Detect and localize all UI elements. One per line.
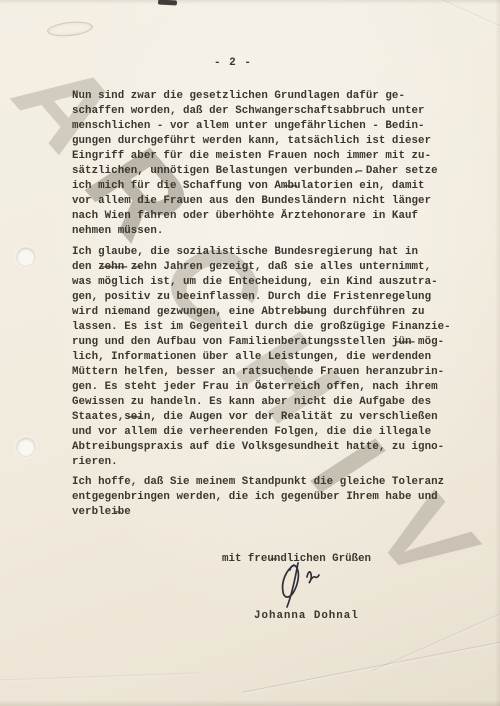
text-line: Müttern helfen, besser an ratsuchende Fr… xyxy=(72,365,451,380)
text-line: nehmen müssen. xyxy=(72,224,438,239)
text-line: rung und den Aufbau von Familienberatung… xyxy=(72,335,451,350)
text-line: menschlichen - vor allem unter ungefährl… xyxy=(72,119,438,134)
page-number: - 2 - xyxy=(72,57,394,69)
text-line: was möglich ist, um die Entecheidung, ei… xyxy=(72,275,451,290)
text-line: Abtreibungspraxis auf die Volksgesundhei… xyxy=(72,440,451,455)
paragraph-2: Ich glaube, die sozialistische Bundesreg… xyxy=(72,245,451,470)
text-line: Ich hoffe, daß Sie meinem Standpunkt die… xyxy=(72,475,444,490)
text-line: gen. Es steht jeder Frau in Ö̶sterreich … xyxy=(72,380,451,395)
text-line: Nun sind zwar die gesetzlichen Grundlage… xyxy=(72,89,438,104)
text-line: nach Wien fahren oder überhöhte Ärztehon… xyxy=(72,209,438,224)
text-line: vor allem die Frauen aus den Bundeslände… xyxy=(72,194,438,209)
text-line: sätzlichen, unnötigen Belastungen verbun… xyxy=(72,164,438,179)
text-line: wird niemand gezwungen, eine Abtreb̶b̶un… xyxy=(72,305,451,320)
punch-hole-top xyxy=(16,247,36,267)
text-line: schaffen worden, daß der Schwangerschaft… xyxy=(72,104,438,119)
text-line: Gewissen zu handeln. Es kann aber nicht … xyxy=(72,395,451,410)
text-line: Eingriff aber für die meisten Frauen noc… xyxy=(72,149,438,164)
text-line: Ich glaube, die sozialistische Bundesreg… xyxy=(72,245,451,260)
paper-crease xyxy=(0,672,200,680)
text-line: Staates,s̶e̶in, die Augen vor der Realit… xyxy=(72,410,451,425)
text-line: lassen. Es ist im Gegenteil durch die gr… xyxy=(72,320,451,335)
signed-name: Johanna Dohnal xyxy=(254,610,359,622)
text-line: gen, positiv zu beeinflassen. Durch die … xyxy=(72,290,451,305)
text-line: gungen durchgeführt werden kann, tatsäch… xyxy=(72,134,438,149)
paragraph-3: Ich hoffe, daß Sie meinem Standpunkt die… xyxy=(72,475,444,520)
text-line: entgegenbringen werden, die ich gegenübe… xyxy=(72,490,444,505)
staple-stain xyxy=(46,20,93,39)
paragraph-1: Nun sind zwar die gesetzlichen Grundlage… xyxy=(72,89,438,239)
text-line: ich mich für die Schaffung von Am̶b̶ulat… xyxy=(72,179,438,194)
text-line: und vor allem die verheerenden Folgen, d… xyxy=(72,425,451,440)
ink-blotch xyxy=(158,0,177,5)
text-line: den z̶e̶h̶n̶ z̶ehn Jahren gezeigt, daß s… xyxy=(72,260,451,275)
scanned-letter-page: ARCHIV - 2 - Nun sind zwar die gesetzlic… xyxy=(0,0,500,706)
text-line: lich, Informationen über alle Leistungen… xyxy=(72,350,451,365)
paper-crease xyxy=(371,610,500,672)
text-line: rieren. xyxy=(72,455,451,470)
paper-crease xyxy=(242,640,500,693)
paper-crease xyxy=(434,0,500,33)
text-line: verblei̶be xyxy=(72,505,444,520)
punch-hole-bottom xyxy=(16,437,36,457)
handwritten-signature-icon xyxy=(274,562,326,608)
